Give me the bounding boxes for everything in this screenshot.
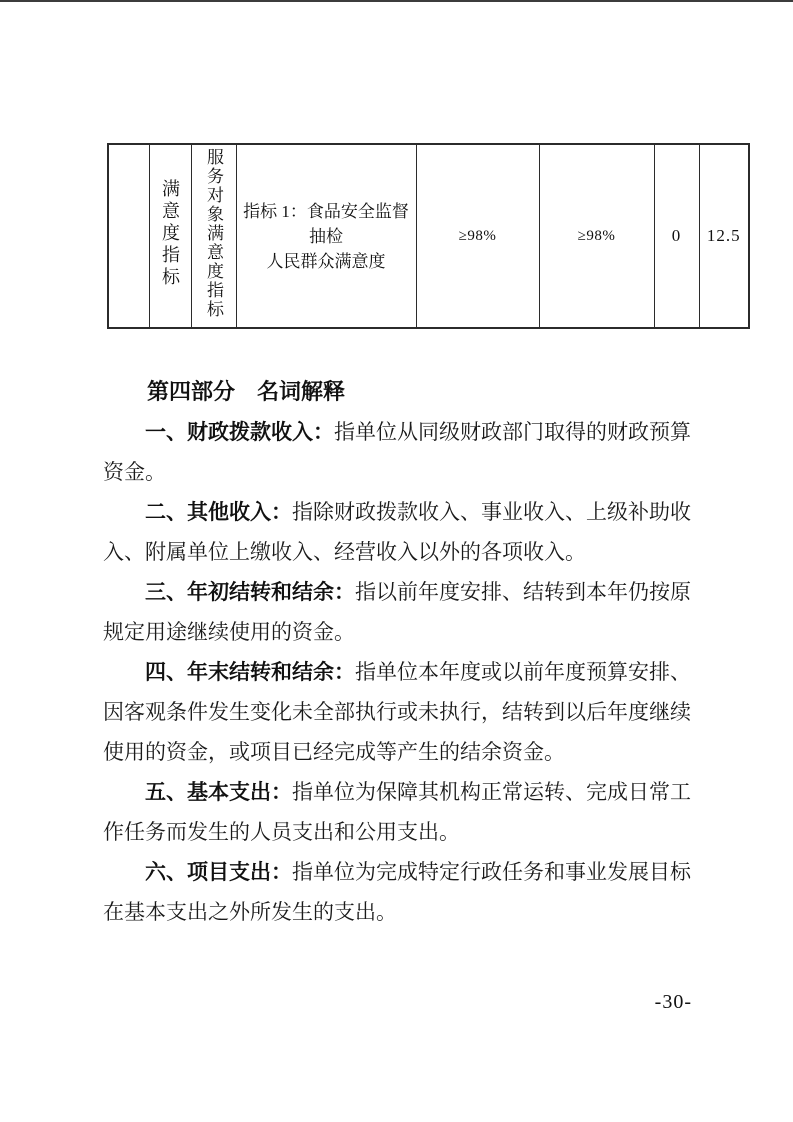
term-label: 六、项目支出： [145,860,292,884]
page-number: -30- [655,991,692,1014]
cell-score: 12.5 [699,144,749,328]
cell-subcategory: 服务对象满意度指标 [191,144,236,328]
cell-group-empty [108,144,149,328]
cell-target-value: ≥98% [416,144,539,328]
document-page: { "page": { "number": "-30-" }, "table":… [0,0,793,1122]
glossary-item-1: 一、财政拨款收入：指单位从同级财政部门取得的财政预算 资金。 [103,412,707,492]
glossary-item-5: 五、基本支出：指单位为保障其机构正常运转、完成日常工 作任务而发生的人员支出和公… [103,772,707,852]
glossary-item-6: 六、项目支出：指单位为完成特定行政任务和事业发展目标 在基本支出之外所发生的支出… [103,852,707,932]
cell-indicator-name: 指标 1：食品安全监督抽检 人民群众满意度 [236,144,416,328]
term-label: 三、年初结转和结余： [145,580,355,604]
glossary-item-2: 二、其他收入：指除财政拨款收入、事业收入、上级补助收 入、附属单位上缴收入、经营… [103,492,707,572]
cell-actual-value: ≥98% [539,144,654,328]
category-vertical-label: 满意度指标 [161,179,179,289]
page-top-border [0,0,793,2]
cell-deviation: 0 [654,144,699,328]
glossary-section: 第四部分 名词解释 一、财政拨款收入：指单位从同级财政部门取得的财政预算 资金。… [103,372,707,932]
term-label: 四、年末结转和结余： [145,660,355,684]
table-row: 满意度指标 服务对象满意度指标 指标 1：食品安全监督抽检 人民群众满意度 ≥9… [108,144,749,328]
term-label: 一、财政拨款收入： [145,420,334,444]
term-label: 二、其他收入： [145,500,292,524]
cell-category: 满意度指标 [149,144,191,328]
section-heading: 第四部分 名词解释 [103,372,707,412]
subcategory-vertical-label: 服务对象满意度指标 [205,148,222,319]
performance-indicator-table: 满意度指标 服务对象满意度指标 指标 1：食品安全监督抽检 人民群众满意度 ≥9… [107,143,750,329]
glossary-item-3: 三、年初结转和结余：指以前年度安排、结转到本年仍按原 规定用途继续使用的资金。 [103,572,707,652]
term-label: 五、基本支出： [145,780,292,804]
glossary-item-4: 四、年末结转和结余：指单位本年度或以前年度预算安排、 因客观条件发生变化未全部执… [103,652,707,772]
